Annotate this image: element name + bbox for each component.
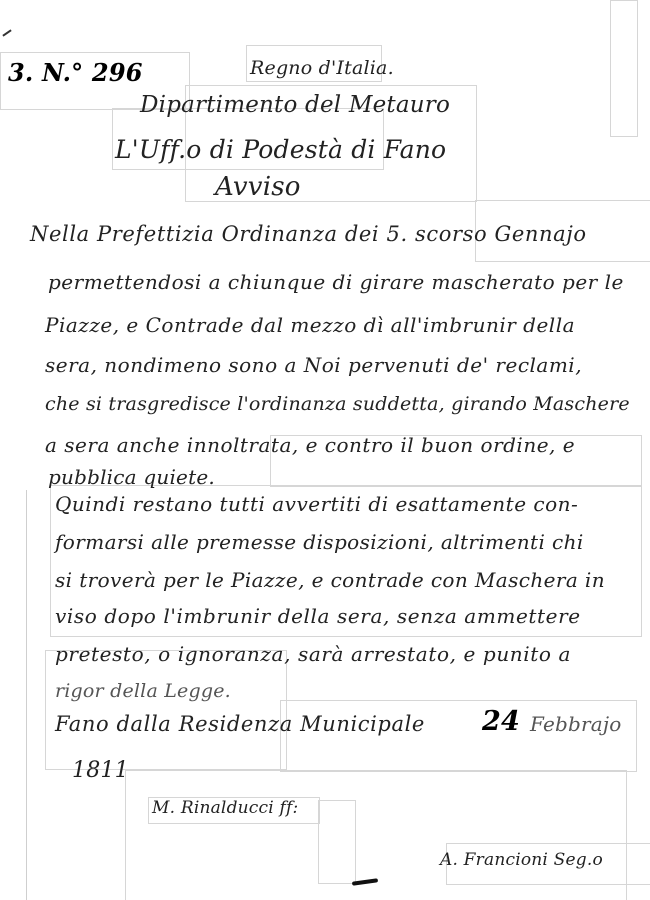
scan-patch (45, 650, 287, 770)
body-line: viso dopo l'imbrunir della sera, senza a… (55, 604, 581, 628)
reference-number: 3. N.° 296 (8, 58, 143, 87)
signature-secretary: A. Francioni Seg.o (440, 850, 603, 870)
body-line: Nella Prefettizia Ordinanza dei 5. scors… (30, 222, 587, 246)
signature-podesta: M. Rinalducci ff: (152, 798, 298, 818)
closing-month: Febbrajo (530, 712, 622, 736)
closing-place: Fano dalla Residenza Municipale (55, 712, 425, 736)
department-header: Dipartimento del Metauro (140, 92, 450, 118)
body-line: Quindi restano tutti avvertiti di esatta… (55, 492, 578, 516)
body-line: sera, nondimeno sono a Noi pervenuti de'… (45, 353, 582, 377)
document-title: Avviso (215, 172, 301, 202)
pen-mark (2, 29, 11, 36)
body-line: che si trasgredisce l'ordinanza suddetta… (45, 393, 630, 415)
kingdom-header: Regno d'Italia. (250, 57, 394, 79)
body-line: Piazze, e Contrade dal mezzo dì all'imbr… (45, 313, 575, 337)
body-line: formarsi alle premesse disposizioni, alt… (55, 530, 584, 554)
body-line: pretesto, o ignoranza, sarà arrestato, e… (55, 642, 571, 666)
margin-line (26, 490, 27, 900)
body-line: rigor della Legge. (55, 680, 231, 702)
closing-day: 24 (482, 706, 520, 737)
body-line: si troverà per le Piazze, e contrade con… (55, 568, 605, 592)
scan-patch (318, 800, 356, 884)
office-header: L'Uff.o di Podestà di Fano (115, 135, 446, 164)
body-line: permettendosi a chiunque di girare masch… (48, 270, 624, 294)
body-line: pubblica quiete. (48, 465, 215, 489)
scan-patch (280, 700, 637, 772)
scan-patch (610, 0, 638, 137)
closing-year: 1811 (72, 758, 129, 783)
body-line: a sera anche innoltrata, e contro il buo… (45, 433, 575, 457)
